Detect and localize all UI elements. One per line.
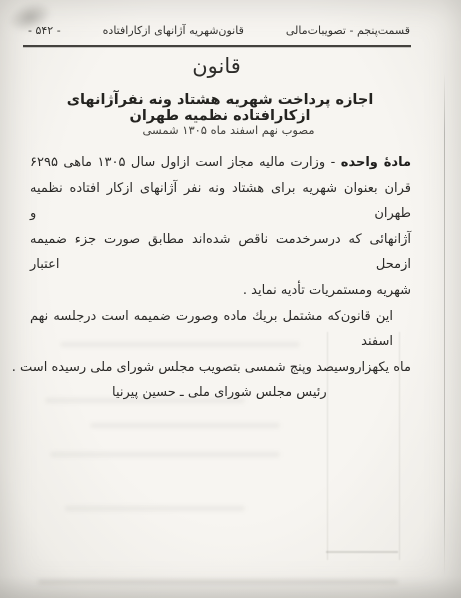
bleed-through-column-line [399, 332, 400, 560]
bleed-through-text-ghost [50, 452, 280, 457]
law-kicker: قانون [0, 54, 447, 78]
header-rule [23, 45, 411, 47]
header-page-number: - ۵۴۲ - [28, 24, 61, 37]
law-body: مادهٔ واحده - وزارت مالیه مجاز است ازاول… [30, 150, 411, 406]
bleed-through-rule [326, 551, 398, 553]
ratification-line-1: این قانون‌که مشتمل بریك ماده وصورت ضمیمه… [30, 304, 411, 355]
bleed-through-column-line [327, 332, 328, 560]
article-label: مادهٔ واحده [341, 155, 411, 170]
page-fold-line [444, 72, 445, 577]
article-line-2: قران بعنوان شهریه برای هشتاد ونه نفر آژا… [30, 176, 411, 227]
header-running-title: قانون‌شهریه آژانهای ازکارافتاده [103, 24, 244, 37]
header-section-label: قسمت‌پنجم - تصویبات‌مالی [286, 24, 410, 37]
article-line-4: شهریه ومستمریات تأدیه نماید . [30, 278, 411, 304]
bleed-through-text-ghost [45, 398, 245, 403]
bleed-through-text-ghost [65, 506, 245, 511]
article-line-1: مادهٔ واحده - وزارت مالیه مجاز است ازاول… [30, 150, 411, 176]
bleed-through-text-ghost [60, 342, 300, 347]
law-title: اجازه پرداخت شهریه هشتاد ونه نفرآژانهای … [27, 92, 413, 124]
bleed-through-text-ghost [90, 423, 280, 428]
article-line-3: آژانهائی که درسرخدمت ناقص شده‌اند مطابق … [30, 227, 411, 278]
scan-bottom-shadow [0, 576, 461, 598]
ratification-line-2: ماه یکهزاروسیصد وپنج شمسی بتصویب مجلس شو… [30, 355, 411, 381]
approval-date-line: مصوب نهم اسفند ماه ۱۳۰۵ شمسی [0, 123, 459, 137]
scanned-page: قسمت‌پنجم - تصویبات‌مالی قانون‌شهریه آژا… [0, 0, 461, 598]
article-line-1-text: - وزارت مالیه مجاز است ازاول سال ۱۳۰۵ ما… [30, 155, 335, 170]
page-header: قسمت‌پنجم - تصویبات‌مالی قانون‌شهریه آژا… [28, 24, 410, 37]
